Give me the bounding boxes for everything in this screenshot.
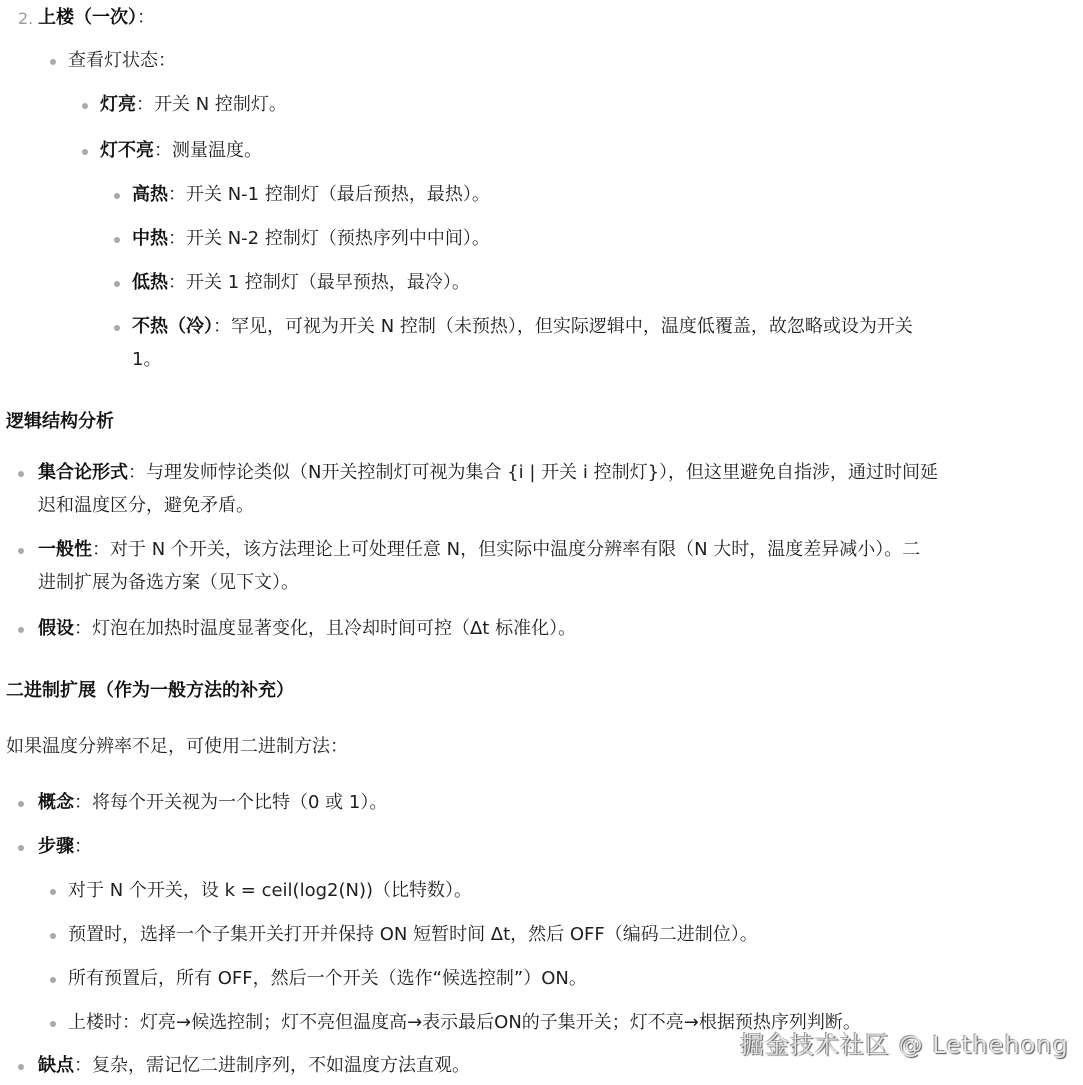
bullet-icon	[114, 193, 120, 199]
item-text: ：罕见，可视为开关 N 控制（未预热），但实际逻辑中，温度低覆盖，故忽略或设为开…	[213, 316, 913, 337]
item-label: 缺点	[38, 1055, 74, 1076]
bullet-icon	[82, 103, 88, 109]
item-text: ：复杂，需记忆二进制序列，不如温度方法直观。	[74, 1055, 470, 1076]
intro-paragraph: 如果温度分辨率不足，可使用二进制方法：	[6, 733, 1083, 761]
bullet-icon	[18, 845, 24, 851]
bullet-icon	[50, 933, 56, 939]
item-text: ：开关 N-1 控制灯（最后预热，最热）。	[168, 184, 490, 205]
bullet-icon	[50, 1021, 56, 1027]
item-label: 概念	[38, 792, 74, 813]
bullet-icon	[18, 627, 24, 633]
item-text: ：将每个开关视为一个比特（0 或 1）。	[74, 792, 387, 813]
item-label: 步骤	[38, 836, 74, 857]
bullet-icon	[82, 149, 88, 155]
item-text: ：对于 N 个开关，该方法理论上可处理任意 N，但实际中温度分辨率有限（N 大时…	[92, 539, 920, 560]
section-heading: 逻辑结构分析	[6, 408, 1083, 436]
watermark: 掘金技术社区 @ Lethehong	[740, 1025, 1069, 1060]
item-text: ：开关 1 控制灯（最早预热，最冷）。	[168, 272, 470, 293]
check-status-text: 查看灯状态：	[68, 47, 176, 75]
list-number: 2.	[18, 5, 33, 33]
bullet-icon	[114, 281, 120, 287]
colon: ：	[74, 836, 92, 857]
bullet-icon	[50, 889, 56, 895]
colon: ：	[137, 7, 155, 28]
item-label: 一般性	[38, 539, 92, 560]
item-text: ：开关 N 控制灯。	[136, 94, 287, 115]
bullet-icon	[114, 325, 120, 331]
item-label: 低热	[132, 272, 168, 293]
item-text: 迟和温度区分，避免矛盾。	[38, 492, 254, 520]
item-text: ：测量温度。	[154, 140, 262, 161]
bullet-icon	[50, 59, 56, 65]
item-text: ：与理发师悖论类似（N开关控制灯可视为集合 {i | 开关 i 控制灯}），但这…	[128, 462, 938, 483]
bullet-icon	[114, 237, 120, 243]
section-heading: 二进制扩展（作为一般方法的补充）	[6, 677, 1083, 705]
item-text: 进制扩展为备选方案（见下文）。	[38, 569, 299, 597]
bullet-icon	[18, 1064, 24, 1070]
item-label: 不热（冷）	[132, 316, 213, 337]
step-text: 所有预置后，所有 OFF，然后一个开关（选作“候选控制”）ON。	[68, 965, 587, 993]
step-title: 上楼（一次）	[38, 7, 137, 28]
bullet-icon	[18, 548, 24, 554]
bullet-icon	[50, 977, 56, 983]
item-text: 1。	[132, 346, 161, 374]
item-label: 假设	[38, 618, 74, 639]
item-label: 灯亮	[100, 94, 136, 115]
item-label: 中热	[132, 228, 168, 249]
bullet-icon	[18, 801, 24, 807]
item-text: ：开关 N-2 控制灯（预热序列中中间）。	[168, 228, 490, 249]
step-text: 预置时，选择一个子集开关打开并保持 ON 短暂时间 Δt，然后 OFF（编码二进…	[68, 921, 758, 949]
step-text: 对于 N 个开关，设 k = ceil(log2(N))（比特数）。	[68, 877, 472, 905]
item-label: 灯不亮	[100, 140, 154, 161]
item-label: 集合论形式	[38, 462, 128, 483]
item-text: ：灯泡在加热时温度显著变化，且冷却时间可控（Δt 标准化）。	[74, 618, 576, 639]
bullet-icon	[18, 471, 24, 477]
item-label: 高热	[132, 184, 168, 205]
